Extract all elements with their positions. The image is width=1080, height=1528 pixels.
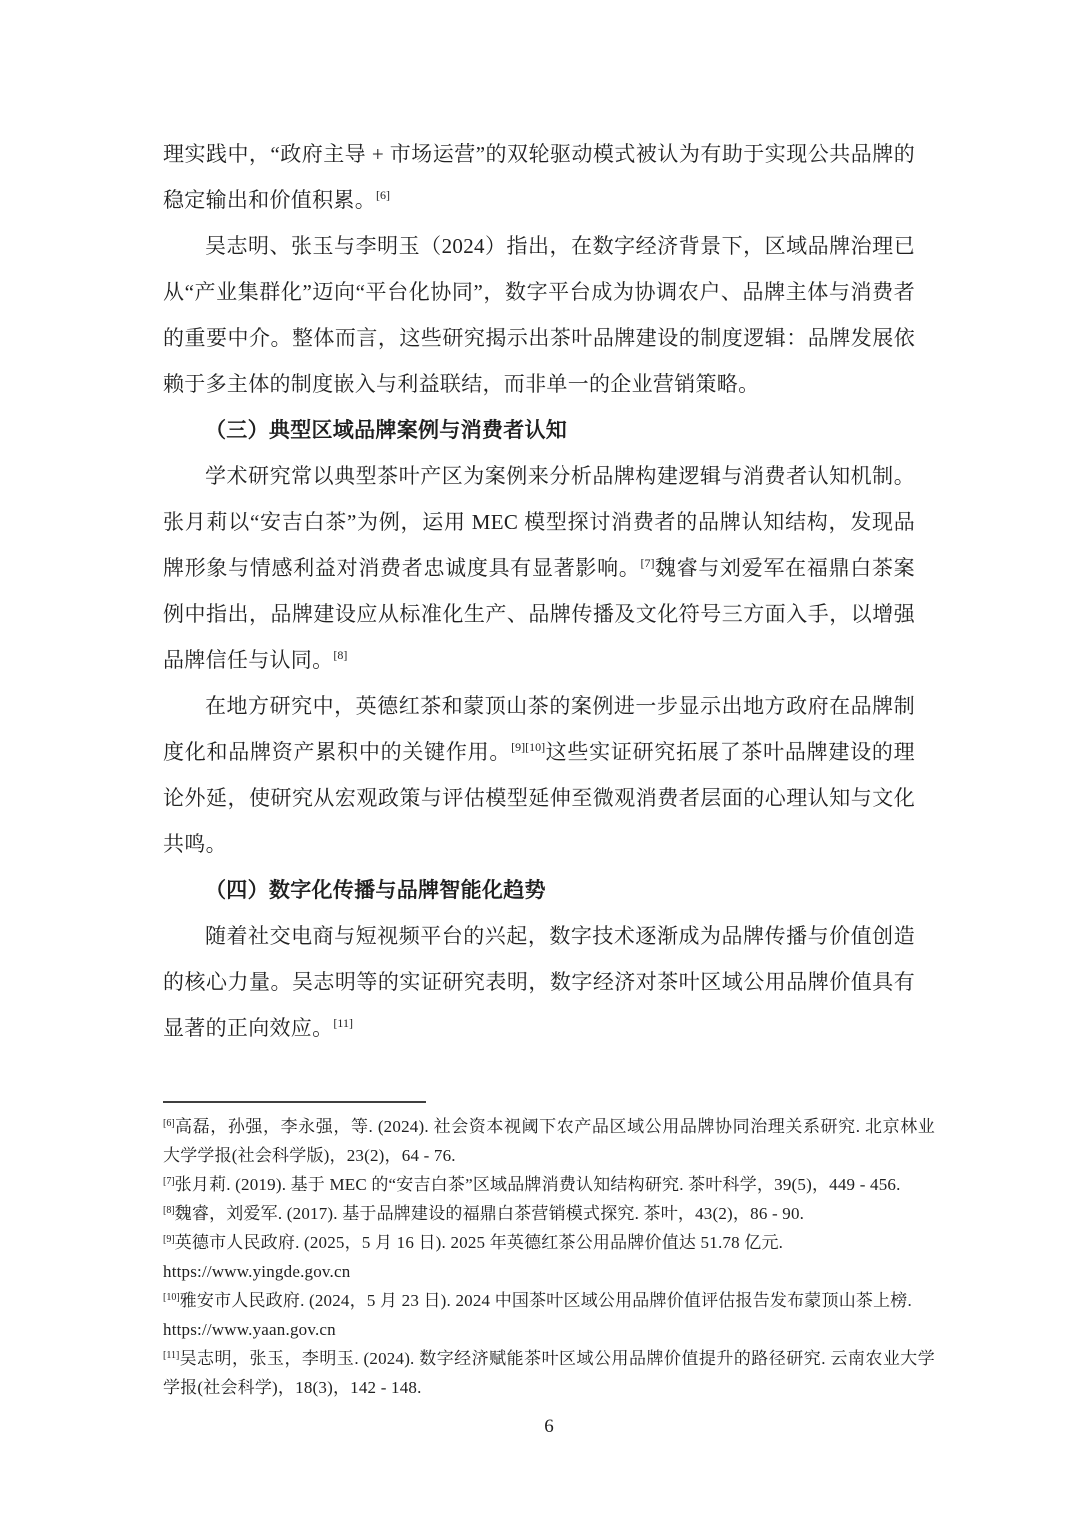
document-body: 理实践中，“政府主导 + 市场运营”的双轮驱动模式被认为有助于实现公共品牌的稳定…	[163, 131, 915, 1051]
paragraph-platform-governance: 吴志明、张玉与李明玉（2024）指出，在数字经济背景下，区域品牌治理已从“产业集…	[163, 223, 915, 407]
heading-text: （三）典型区域品牌案例与消费者认知	[205, 418, 567, 442]
footnote-url-yaan: https://www.yaan.gov.cn	[163, 1315, 935, 1344]
heading-text: （四）数字化传播与品牌智能化趋势	[205, 878, 546, 902]
section-heading-digital-trend: （四）数字化传播与品牌智能化趋势	[163, 867, 915, 913]
paragraph-text: 随着社交电商与短视频平台的兴起，数字技术逐渐成为品牌传播与价值创造的核心力量。吴…	[163, 924, 915, 1040]
footnote-7: [7]张月莉. (2019). 基于 MEC 的“安吉白茶”区域品牌消费认知结构…	[163, 1170, 935, 1199]
paragraph-text: 理实践中，“政府主导 + 市场运营”的双轮驱动模式被认为有助于实现公共品牌的稳定…	[163, 142, 915, 212]
footnote-11: [11]吴志明，张玉，李明玉. (2024). 数字经济赋能茶叶区域公用品牌价值…	[163, 1344, 935, 1402]
footnote-ref-8: [8]	[333, 648, 347, 662]
footnote-text: 英德市人民政府. (2025，5 月 16 日). 2025 年英德红茶公用品牌…	[175, 1233, 783, 1252]
paragraph-brand-cognition-cases: 学术研究常以典型茶叶产区为案例来分析品牌构建逻辑与消费者认知机制。张月莉以“安吉…	[163, 453, 915, 683]
section-heading-case-studies: （三）典型区域品牌案例与消费者认知	[163, 407, 915, 453]
footnote-text: 高磊，孙强，李永强，等. (2024). 社会资本视阈下农产品区域公用品牌协同治…	[163, 1117, 935, 1165]
paragraph-dual-drive-model: 理实践中，“政府主导 + 市场运营”的双轮驱动模式被认为有助于实现公共品牌的稳定…	[163, 131, 915, 223]
footnote-ref-7: [7]	[641, 556, 655, 570]
footnote-text: 雅安市人民政府. (2024，5 月 23 日). 2024 中国茶叶区域公用品…	[180, 1291, 912, 1310]
page-number: 6	[163, 1414, 935, 1440]
document-page: 理实践中，“政府主导 + 市场运营”的双轮驱动模式被认为有助于实现公共品牌的稳定…	[0, 0, 1080, 1528]
footnote-ref-11: [11]	[333, 1016, 353, 1030]
footnote-8: [8]魏睿，刘爱军. (2017). 基于品牌建设的福鼎白茶营销模式探究. 茶叶…	[163, 1199, 935, 1228]
footnote-marker-11: [11]	[163, 1350, 179, 1361]
footnote-text: 魏睿，刘爱军. (2017). 基于品牌建设的福鼎白茶营销模式探究. 茶叶，43…	[175, 1204, 804, 1223]
footnote-6: [6]高磊，孙强，李永强，等. (2024). 社会资本视阈下农产品区域公用品牌…	[163, 1112, 935, 1170]
paragraph-digital-economy-effect: 随着社交电商与短视频平台的兴起，数字技术逐渐成为品牌传播与价值创造的核心力量。吴…	[163, 913, 915, 1051]
footnote-marker-8: [8]	[163, 1205, 175, 1216]
footnote-marker-6: [6]	[163, 1118, 175, 1129]
footnote-separator	[163, 1101, 426, 1103]
paragraph-local-government-cases: 在地方研究中，英德红茶和蒙顶山茶的案例进一步显示出地方政府在品牌制度化和品牌资产…	[163, 683, 915, 867]
footnote-ref-6: [6]	[376, 188, 390, 202]
footnote-url-yingde: https://www.yingde.gov.cn	[163, 1257, 935, 1286]
footnote-section: [6]高磊，孙强，李永强，等. (2024). 社会资本视阈下农产品区域公用品牌…	[163, 1101, 935, 1402]
footnote-10: [10]雅安市人民政府. (2024，5 月 23 日). 2024 中国茶叶区…	[163, 1286, 935, 1315]
footnote-text: 张月莉. (2019). 基于 MEC 的“安吉白茶”区域品牌消费认知结构研究.…	[175, 1175, 901, 1194]
footnote-marker-7: [7]	[163, 1176, 175, 1187]
footnote-text: 吴志明，张玉，李明玉. (2024). 数字经济赋能茶叶区域公用品牌价值提升的路…	[163, 1349, 935, 1397]
footnote-9: [9]英德市人民政府. (2025，5 月 16 日). 2025 年英德红茶公…	[163, 1228, 935, 1257]
footnote-marker-10: [10]	[163, 1292, 180, 1303]
paragraph-text: 吴志明、张玉与李明玉（2024）指出，在数字经济背景下，区域品牌治理已从“产业集…	[163, 234, 915, 396]
footnote-ref-9-10: [9][10]	[511, 740, 545, 754]
footnote-marker-9: [9]	[163, 1234, 175, 1245]
